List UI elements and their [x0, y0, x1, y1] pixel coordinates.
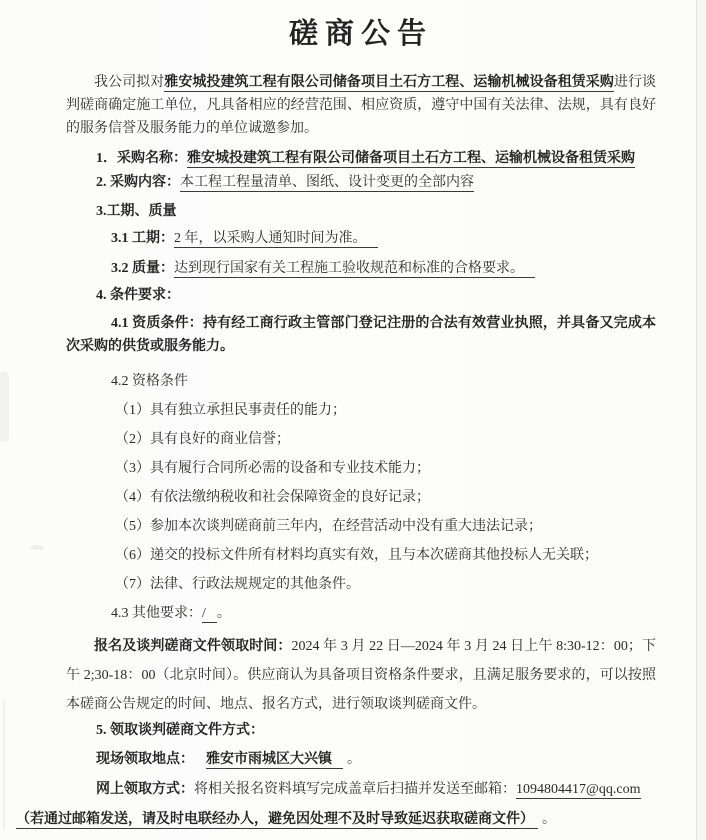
duration-line: 3.1 工期：2 年，以采购人通知时间为准。: [66, 227, 656, 251]
scan-smudge: [3, 700, 5, 830]
intro-text-pre: 我公司拟对: [94, 75, 164, 90]
registration-time-paragraph: 报名及谈判磋商文件领取时间：2024 年 3 月 22 日—2024 年 3 月…: [66, 632, 656, 719]
onsite-pickup-line: 现场领取地点：雅安市雨城区大兴镇。: [66, 748, 656, 772]
page-title: 磋商公告: [66, 16, 656, 52]
eligibility-item: （3）具有履行合同所必需的设备和专业技术能力；: [66, 457, 656, 481]
eligibility-item: （4）有依法缴纳税收和社会保障资金的良好记录；: [66, 486, 656, 510]
scan-edge-strip: [697, 0, 706, 840]
purchase-content-label: 2. 采购内容：: [96, 175, 180, 190]
online-pickup-label: 网上领取方式：: [96, 782, 194, 797]
scan-smudge: [30, 545, 44, 550]
purchase-content-line: 2. 采购内容：本工程工程量清单、图纸、设计变更的全部内容: [66, 171, 656, 195]
eligibility-item: （5）参加本次谈判磋商前三年内，在经营活动中没有重大违法记录；: [66, 515, 656, 539]
quality-value: 达到现行国家有关工程施工验收规范和标准的合格要求。: [174, 261, 535, 278]
mailbox-note-suffix: 。: [542, 812, 556, 827]
scan-smudge: [0, 372, 9, 442]
mailbox-note-text: （若通过邮箱发送，请及时电联经办人，避免因处理不及时导致延迟获取磋商文件）: [16, 812, 538, 829]
section-5-heading: 5. 领取谈判磋商文件方式：: [66, 719, 656, 743]
section-3-heading: 3.工期、质量: [66, 200, 656, 224]
eligibility-list: （1）具有独立承担民事责任的能力； （2）具有良好的商业信誉； （3）具有履行合…: [66, 399, 656, 597]
eligibility-heading: 4.2 资格条件: [66, 370, 656, 394]
section-4-heading: 4. 条件要求：: [66, 284, 656, 308]
onsite-pickup-label: 现场领取地点：: [96, 752, 194, 767]
onsite-pickup-suffix: 。: [347, 752, 361, 767]
other-requirements-suffix: 。: [217, 606, 231, 621]
online-pickup-line: 网上领取方式：将相关报名资料填写完成盖章后扫描并发送至邮箱：1094804417…: [66, 778, 656, 802]
registration-time-label: 报名及谈判磋商文件领取时间：: [94, 639, 292, 654]
online-pickup-text: 将相关报名资料填写完成盖章后扫描并发送至邮箱：: [194, 782, 516, 797]
quality-label: 3.2 质量：: [111, 261, 174, 276]
mailbox-note-line: （若通过邮箱发送，请及时电联经办人，避免因处理不及时导致延迟获取磋商文件）。: [16, 808, 656, 832]
eligibility-item: （2）具有良好的商业信誉；: [66, 428, 656, 452]
other-requirements-value: /: [202, 606, 217, 623]
eligibility-item: （1）具有独立承担民事责任的能力；: [66, 399, 656, 423]
purchase-name-label: 1．采购名称：: [96, 151, 187, 166]
purchase-name-line: 1．采购名称：雅安城投建筑工程有限公司储备项目土石方工程、运输机械设备租赁采购: [66, 147, 656, 171]
duration-value: 2 年，以采购人通知时间为准。: [174, 231, 378, 248]
intro-paragraph: 我公司拟对雅安城投建筑工程有限公司储备项目土石方工程、运输机械设备租赁采购进行谈…: [66, 71, 656, 140]
purchase-content-value: 本工程工程量清单、图纸、设计变更的全部内容: [180, 175, 474, 192]
quality-line: 3.2 质量：达到现行国家有关工程施工验收规范和标准的合格要求。: [66, 257, 656, 281]
other-requirements-line: 4.3 其他要求：/。: [66, 602, 656, 626]
email-address: 1094804417@qq.com: [516, 782, 641, 799]
onsite-pickup-value: 雅安市雨城区大兴镇: [206, 752, 343, 769]
duration-label: 3.1 工期：: [111, 231, 174, 246]
other-requirements-label: 4.3 其他要求：: [111, 606, 202, 621]
project-name: 雅安城投建筑工程有限公司储备项目土石方工程、运输机械设备租赁采购: [164, 75, 614, 92]
eligibility-item: （6）递交的投标文件所有材料均真实有效，且与本次磋商其他投标人无关联；: [66, 544, 656, 568]
purchase-name-value: 雅安城投建筑工程有限公司储备项目土石方工程、运输机械设备租赁采购: [187, 151, 635, 168]
eligibility-item: （7）法律、行政法规规定的其他条件。: [66, 573, 656, 597]
announcement-page: 磋商公告 我公司拟对雅安城投建筑工程有限公司储备项目土石方工程、运输机械设备租赁…: [0, 0, 706, 840]
qualification-paragraph: 4.1 资质条件：持有经工商行政主管部门登记注册的合法有效营业执照，并具备又完成…: [66, 312, 656, 358]
